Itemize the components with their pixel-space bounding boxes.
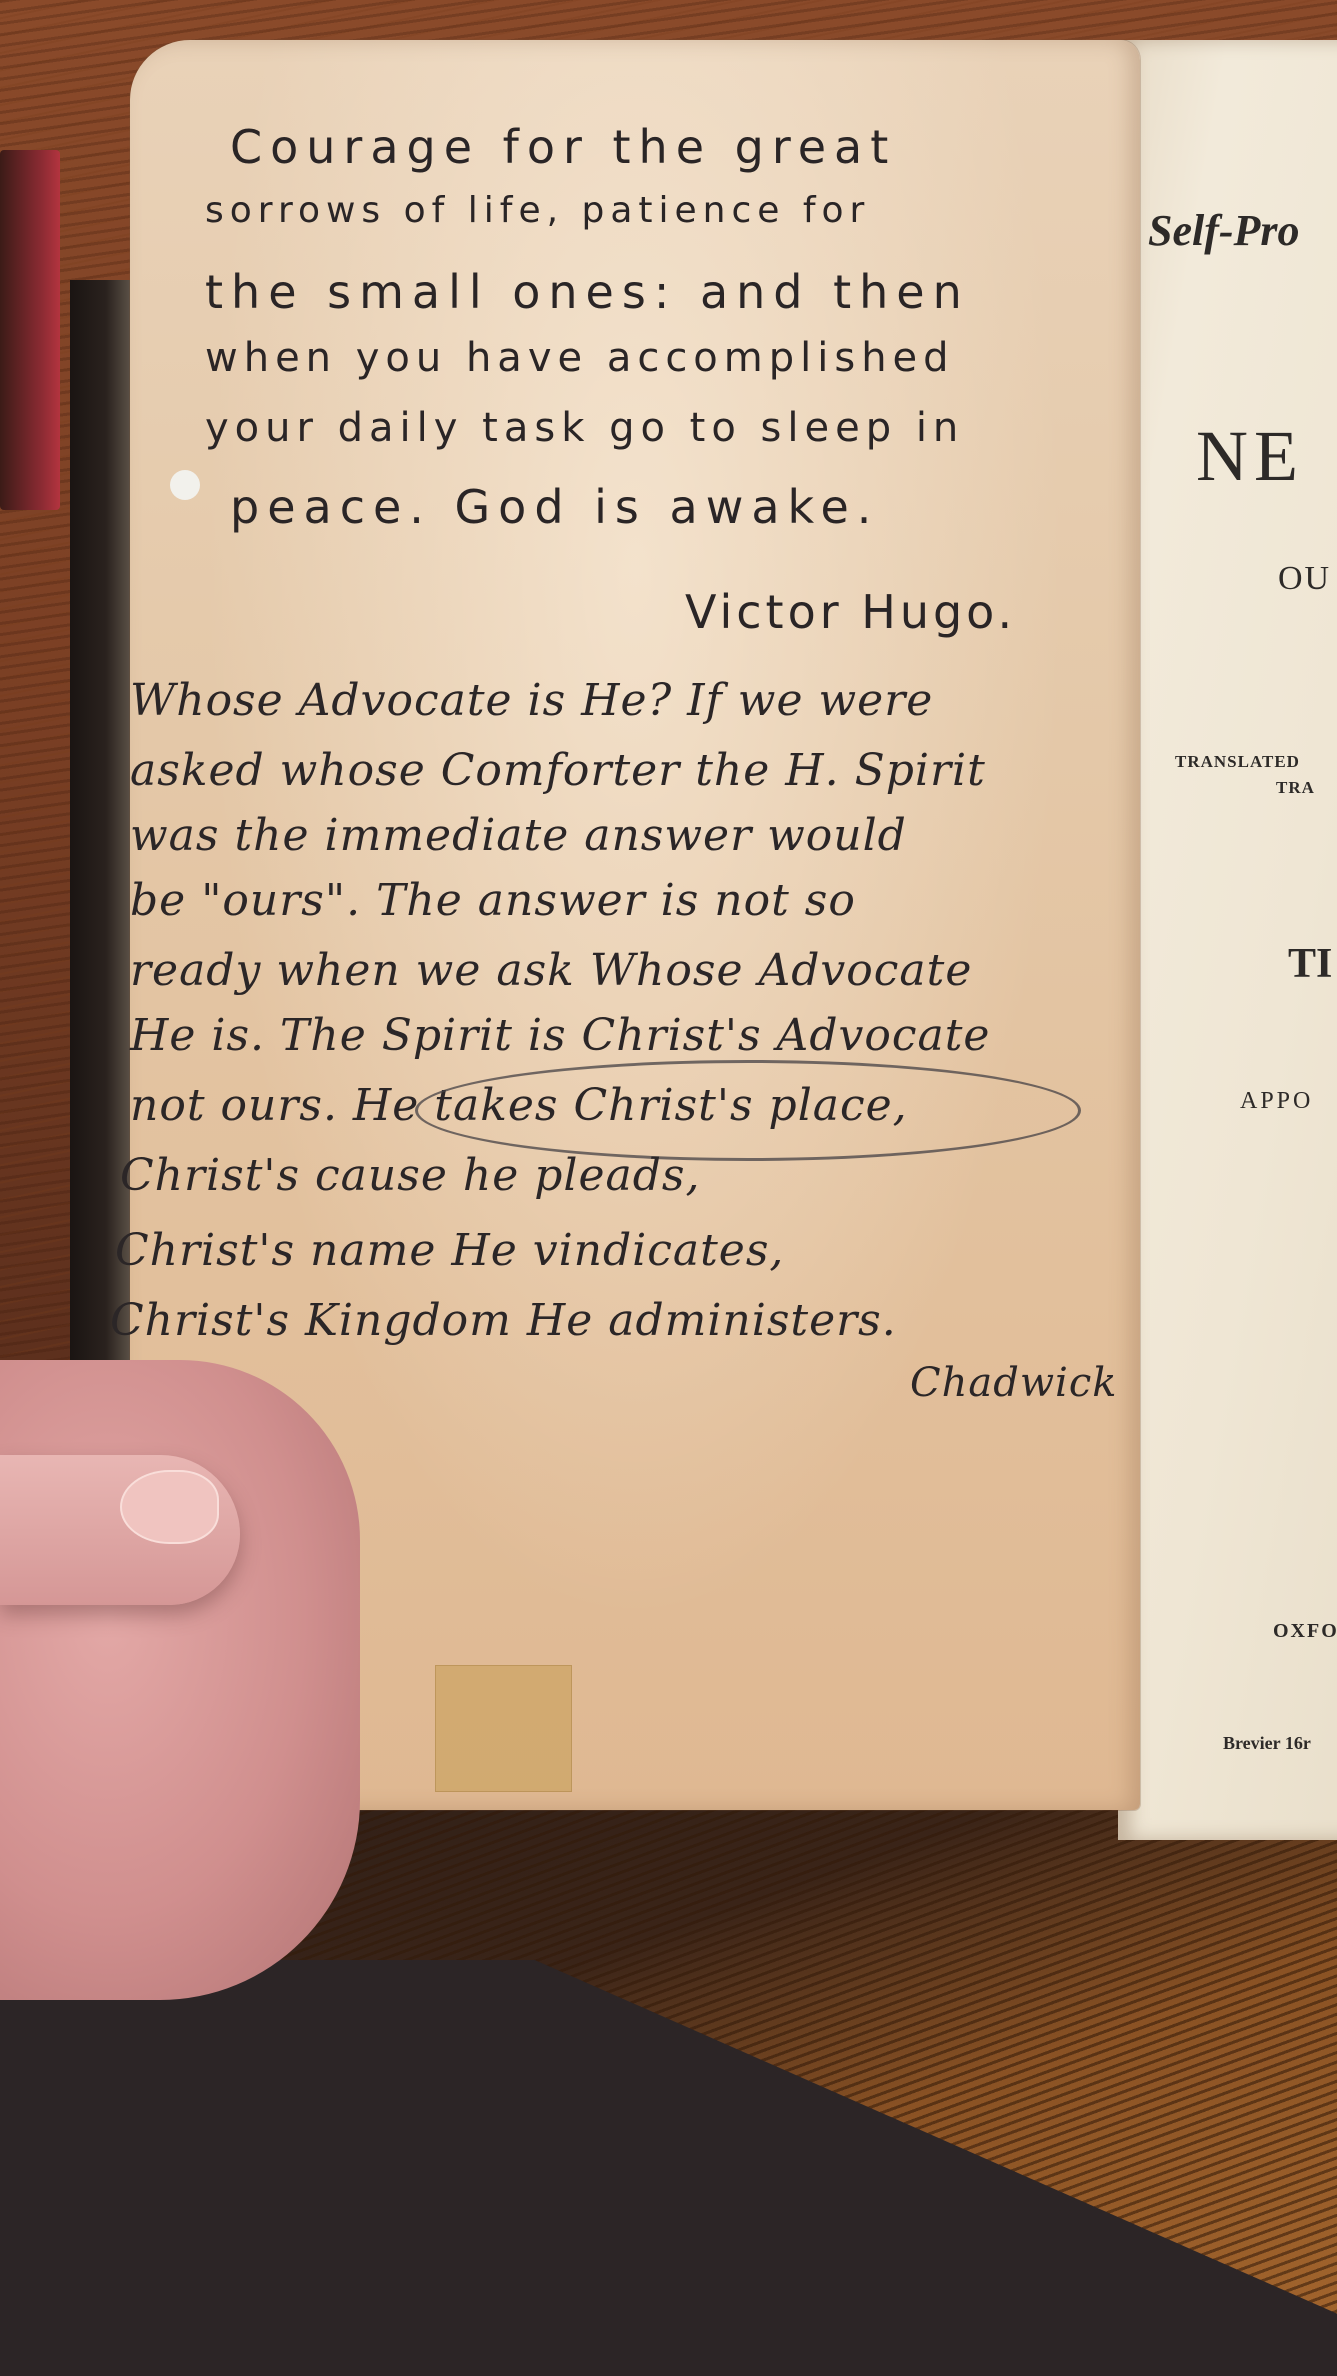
chadwick-line-5: ready when we ask Whose Advocate bbox=[130, 945, 972, 996]
thumbnail bbox=[120, 1470, 219, 1544]
title-subtitle: OU bbox=[1278, 560, 1331, 598]
chadwick-line-9: Christ's name He vindicates, bbox=[115, 1225, 784, 1276]
chadwick-line-3: was the immediate answer would bbox=[130, 810, 907, 861]
hugo-line-4: when you have accomplished bbox=[205, 335, 955, 381]
title-oxford: OXFO bbox=[1273, 1620, 1337, 1643]
red-book-spine bbox=[0, 150, 60, 510]
chadwick-line-2: asked whose Comforter the H. Spirit bbox=[130, 745, 986, 796]
chadwick-line-1: Whose Advocate is He? If we were bbox=[130, 675, 933, 726]
photo-scene: Self-Pro NE OU TRANSLATED TRA TI APPO OX… bbox=[0, 0, 1337, 2376]
tape-piece bbox=[435, 1665, 572, 1792]
paper-speck bbox=[170, 470, 200, 500]
title-appointed: APPO bbox=[1240, 1088, 1313, 1115]
chadwick-line-8: Christ's cause he pleads, bbox=[120, 1150, 700, 1201]
title-translated: TRANSLATED bbox=[1175, 752, 1300, 772]
hugo-line-1: Courage for the great bbox=[230, 120, 896, 174]
ink-circle-annotation bbox=[415, 1060, 1081, 1161]
title-tra: TRA bbox=[1276, 778, 1315, 798]
chadwick-line-6: He is. The Spirit is Christ's Advocate bbox=[130, 1010, 990, 1061]
chadwick-attribution: Chadwick bbox=[910, 1360, 1118, 1406]
title-blackletter: Self-Pro bbox=[1148, 205, 1300, 256]
hugo-line-5: your daily task go to sleep in bbox=[205, 405, 964, 451]
hugo-line-2: sorrows of life, patience for bbox=[205, 190, 870, 231]
printed-title-page: Self-Pro NE OU TRANSLATED TRA TI APPO OX… bbox=[1118, 40, 1337, 1840]
title-th: TI bbox=[1288, 940, 1332, 988]
hugo-line-3: the small ones: and then bbox=[205, 265, 970, 319]
title-brevier: Brevier 16r bbox=[1223, 1733, 1311, 1754]
hugo-line-6: peace. God is awake. bbox=[230, 480, 879, 534]
chadwick-line-10: Christ's Kingdom He administers. bbox=[110, 1295, 897, 1346]
chadwick-line-4: be "ours". The answer is not so bbox=[130, 875, 856, 926]
title-main: NE bbox=[1196, 415, 1304, 498]
hugo-attribution: Victor Hugo. bbox=[685, 585, 1016, 639]
